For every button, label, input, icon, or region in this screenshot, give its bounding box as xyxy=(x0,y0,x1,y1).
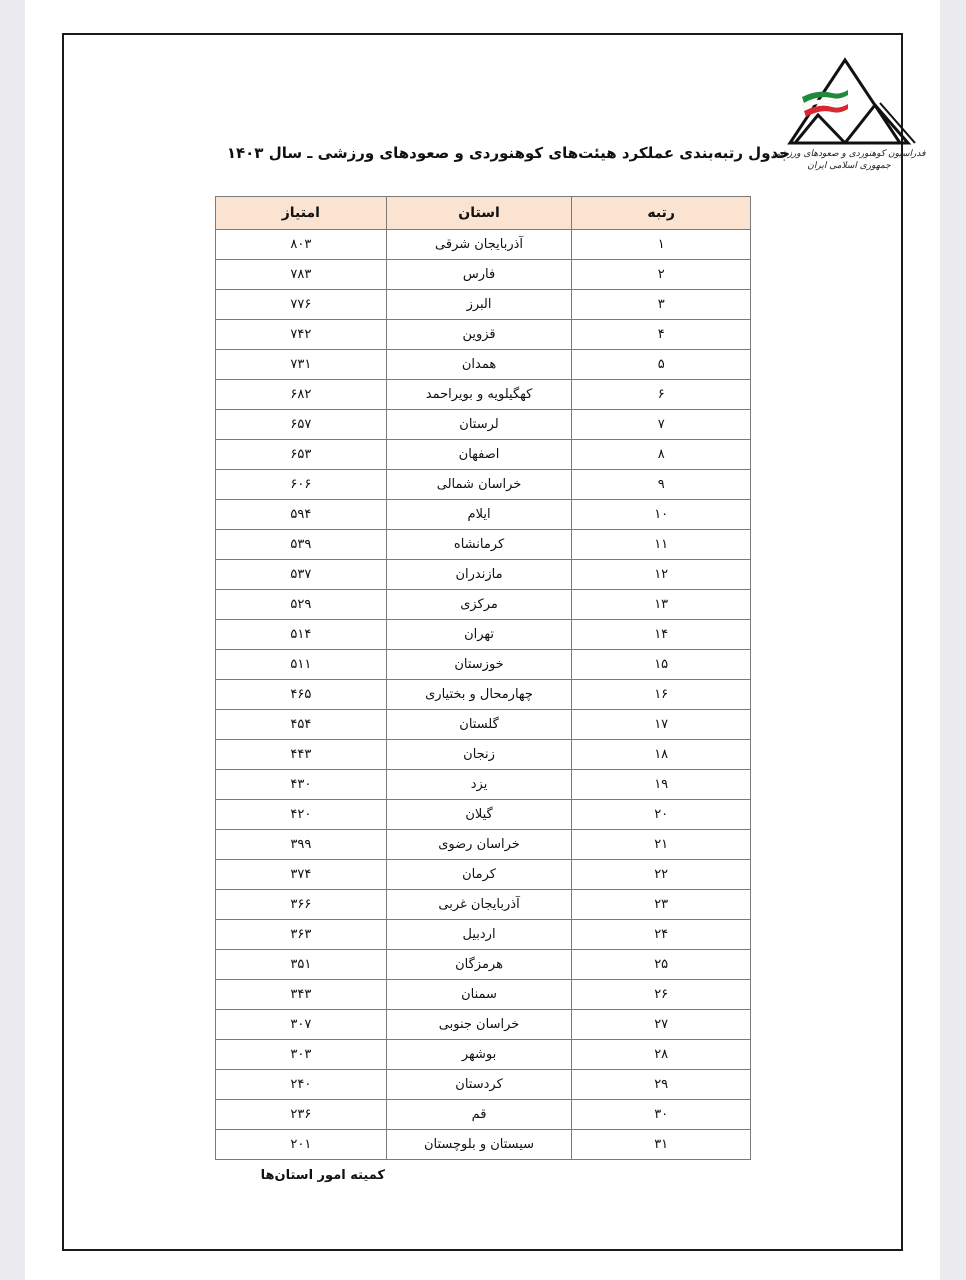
rank-cell: ۲۷ xyxy=(572,1010,751,1040)
table-row: ۲۸بوشهر۳۰۳ xyxy=(216,1040,751,1070)
score-cell: ۳۵۱ xyxy=(216,950,387,980)
table-row: ۵همدان۷۳۱ xyxy=(216,350,751,380)
document-page: فدراسیون کوهنوردی و صعودهای ورزشی جمهوری… xyxy=(25,0,940,1280)
page-title: جدول رتبه‌بندی عملکرد هیئت‌های کوهنوردی … xyxy=(205,144,790,162)
table-row: ۲۵هرمزگان۳۵۱ xyxy=(216,950,751,980)
score-cell: ۳۴۳ xyxy=(216,980,387,1010)
province-cell: قم xyxy=(386,1100,572,1130)
table-row: ۸اصفهان۶۵۳ xyxy=(216,440,751,470)
score-cell: ۵۲۹ xyxy=(216,590,387,620)
table-row: ۶کهگیلویه و بویراحمد۶۸۲ xyxy=(216,380,751,410)
score-cell: ۵۹۴ xyxy=(216,500,387,530)
table-row: ۲۶سمنان۳۴۳ xyxy=(216,980,751,1010)
header-rank: رتبه xyxy=(572,197,751,230)
footer-note: کمیته امور استان‌ها xyxy=(215,1168,385,1183)
rank-cell: ۳۱ xyxy=(572,1130,751,1160)
score-cell: ۳۰۷ xyxy=(216,1010,387,1040)
table-row: ۲۷خراسان جنوبی۳۰۷ xyxy=(216,1010,751,1040)
province-cell: تهران xyxy=(386,620,572,650)
rank-cell: ۷ xyxy=(572,410,751,440)
rank-cell: ۳۰ xyxy=(572,1100,751,1130)
table-row: ۹خراسان شمالی۶۰۶ xyxy=(216,470,751,500)
ranking-table: رتبه استان امتیاز ۱آذربایجان شرقی۸۰۳۲فار… xyxy=(215,196,751,1160)
province-cell: لرستان xyxy=(386,410,572,440)
table-row: ۲۲کرمان۳۷۴ xyxy=(216,860,751,890)
rank-cell: ۱۷ xyxy=(572,710,751,740)
rank-cell: ۹ xyxy=(572,470,751,500)
rank-cell: ۱۰ xyxy=(572,500,751,530)
table-row: ۱آذربایجان شرقی۸۰۳ xyxy=(216,230,751,260)
province-cell: بوشهر xyxy=(386,1040,572,1070)
table-row: ۱۰ایلام۵۹۴ xyxy=(216,500,751,530)
logo-caption-line1: فدراسیون کوهنوردی و صعودهای ورزشی xyxy=(769,148,929,160)
province-cell: خراسان رضوی xyxy=(386,830,572,860)
province-cell: اصفهان xyxy=(386,440,572,470)
province-cell: اردبیل xyxy=(386,920,572,950)
province-cell: فارس xyxy=(386,260,572,290)
score-cell: ۴۵۴ xyxy=(216,710,387,740)
score-cell: ۳۷۴ xyxy=(216,860,387,890)
rank-cell: ۲۴ xyxy=(572,920,751,950)
rank-cell: ۲۸ xyxy=(572,1040,751,1070)
province-cell: البرز xyxy=(386,290,572,320)
table-row: ۲۱خراسان رضوی۳۹۹ xyxy=(216,830,751,860)
score-cell: ۶۰۶ xyxy=(216,470,387,500)
rank-cell: ۲ xyxy=(572,260,751,290)
table-body: ۱آذربایجان شرقی۸۰۳۲فارس۷۸۳۳البرز۷۷۶۴قزوی… xyxy=(216,230,751,1160)
table-row: ۲۳آذربایجان غربی۳۶۶ xyxy=(216,890,751,920)
logo-caption: فدراسیون کوهنوردی و صعودهای ورزشی جمهوری… xyxy=(769,148,929,172)
score-cell: ۵۳۷ xyxy=(216,560,387,590)
score-cell: ۴۲۰ xyxy=(216,800,387,830)
score-cell: ۸۰۳ xyxy=(216,230,387,260)
table-row: ۴قزوین۷۴۲ xyxy=(216,320,751,350)
rank-cell: ۲۹ xyxy=(572,1070,751,1100)
province-cell: خوزستان xyxy=(386,650,572,680)
rank-cell: ۲۰ xyxy=(572,800,751,830)
score-cell: ۵۳۹ xyxy=(216,530,387,560)
rank-cell: ۴ xyxy=(572,320,751,350)
table-row: ۲۴اردبیل۳۶۳ xyxy=(216,920,751,950)
rank-cell: ۱۵ xyxy=(572,650,751,680)
score-cell: ۳۶۶ xyxy=(216,890,387,920)
rank-cell: ۲۵ xyxy=(572,950,751,980)
rank-cell: ۱۴ xyxy=(572,620,751,650)
score-cell: ۶۵۳ xyxy=(216,440,387,470)
rank-cell: ۲۱ xyxy=(572,830,751,860)
province-cell: سیستان و بلوچستان xyxy=(386,1130,572,1160)
score-cell: ۴۶۵ xyxy=(216,680,387,710)
table-row: ۱۹یزد۴۳۰ xyxy=(216,770,751,800)
score-cell: ۳۹۹ xyxy=(216,830,387,860)
province-cell: خراسان جنوبی xyxy=(386,1010,572,1040)
table-row: ۱۶چهارمحال و بختیاری۴۶۵ xyxy=(216,680,751,710)
logo-caption-line2: جمهوری اسلامی ایران xyxy=(769,160,929,172)
score-cell: ۵۱۱ xyxy=(216,650,387,680)
score-cell: ۲۴۰ xyxy=(216,1070,387,1100)
province-cell: چهارمحال و بختیاری xyxy=(386,680,572,710)
province-cell: یزد xyxy=(386,770,572,800)
province-cell: کهگیلویه و بویراحمد xyxy=(386,380,572,410)
province-cell: زنجان xyxy=(386,740,572,770)
rank-cell: ۲۳ xyxy=(572,890,751,920)
rank-cell: ۱۱ xyxy=(572,530,751,560)
table-row: ۱۸زنجان۴۴۳ xyxy=(216,740,751,770)
table-row: ۳البرز۷۷۶ xyxy=(216,290,751,320)
rank-cell: ۶ xyxy=(572,380,751,410)
rank-cell: ۳ xyxy=(572,290,751,320)
province-cell: کرمانشاه xyxy=(386,530,572,560)
province-cell: ایلام xyxy=(386,500,572,530)
table-row: ۳۰قم۲۳۶ xyxy=(216,1100,751,1130)
rank-cell: ۲۲ xyxy=(572,860,751,890)
rank-cell: ۱۸ xyxy=(572,740,751,770)
score-cell: ۶۵۷ xyxy=(216,410,387,440)
rank-cell: ۸ xyxy=(572,440,751,470)
table-row: ۱۱کرمانشاه۵۳۹ xyxy=(216,530,751,560)
rank-cell: ۱۲ xyxy=(572,560,751,590)
table-row: ۳۱سیستان و بلوچستان۲۰۱ xyxy=(216,1130,751,1160)
province-cell: خراسان شمالی xyxy=(386,470,572,500)
rank-cell: ۱۳ xyxy=(572,590,751,620)
table-row: ۱۷گلستان۴۵۴ xyxy=(216,710,751,740)
table-row: ۲۹کردستان۲۴۰ xyxy=(216,1070,751,1100)
table-row: ۲فارس۷۸۳ xyxy=(216,260,751,290)
rank-cell: ۵ xyxy=(572,350,751,380)
score-cell: ۴۴۳ xyxy=(216,740,387,770)
score-cell: ۷۴۲ xyxy=(216,320,387,350)
province-cell: همدان xyxy=(386,350,572,380)
table-row: ۷لرستان۶۵۷ xyxy=(216,410,751,440)
score-cell: ۴۳۰ xyxy=(216,770,387,800)
province-cell: کرمان xyxy=(386,860,572,890)
rank-cell: ۱ xyxy=(572,230,751,260)
table-row: ۱۲مازندران۵۳۷ xyxy=(216,560,751,590)
province-cell: مازندران xyxy=(386,560,572,590)
score-cell: ۵۱۴ xyxy=(216,620,387,650)
score-cell: ۷۳۱ xyxy=(216,350,387,380)
score-cell: ۷۷۶ xyxy=(216,290,387,320)
province-cell: سمنان xyxy=(386,980,572,1010)
score-cell: ۲۰۱ xyxy=(216,1130,387,1160)
score-cell: ۲۳۶ xyxy=(216,1100,387,1130)
province-cell: گیلان xyxy=(386,800,572,830)
score-cell: ۷۸۳ xyxy=(216,260,387,290)
rank-cell: ۱۶ xyxy=(572,680,751,710)
province-cell: مرکزی xyxy=(386,590,572,620)
score-cell: ۳۶۳ xyxy=(216,920,387,950)
table-row: ۱۳مرکزی۵۲۹ xyxy=(216,590,751,620)
header-province: استان xyxy=(386,197,572,230)
province-cell: قزوین xyxy=(386,320,572,350)
score-cell: ۳۰۳ xyxy=(216,1040,387,1070)
province-cell: آذربایجان شرقی xyxy=(386,230,572,260)
table-row: ۲۰گیلان۴۲۰ xyxy=(216,800,751,830)
province-cell: هرمزگان xyxy=(386,950,572,980)
rank-cell: ۱۹ xyxy=(572,770,751,800)
table-header-row: رتبه استان امتیاز xyxy=(216,197,751,230)
province-cell: آذربایجان غربی xyxy=(386,890,572,920)
table-row: ۱۴تهران۵۱۴ xyxy=(216,620,751,650)
table-row: ۱۵خوزستان۵۱۱ xyxy=(216,650,751,680)
score-cell: ۶۸۲ xyxy=(216,380,387,410)
header-score: امتیاز xyxy=(216,197,387,230)
rank-cell: ۲۶ xyxy=(572,980,751,1010)
province-cell: گلستان xyxy=(386,710,572,740)
province-cell: کردستان xyxy=(386,1070,572,1100)
